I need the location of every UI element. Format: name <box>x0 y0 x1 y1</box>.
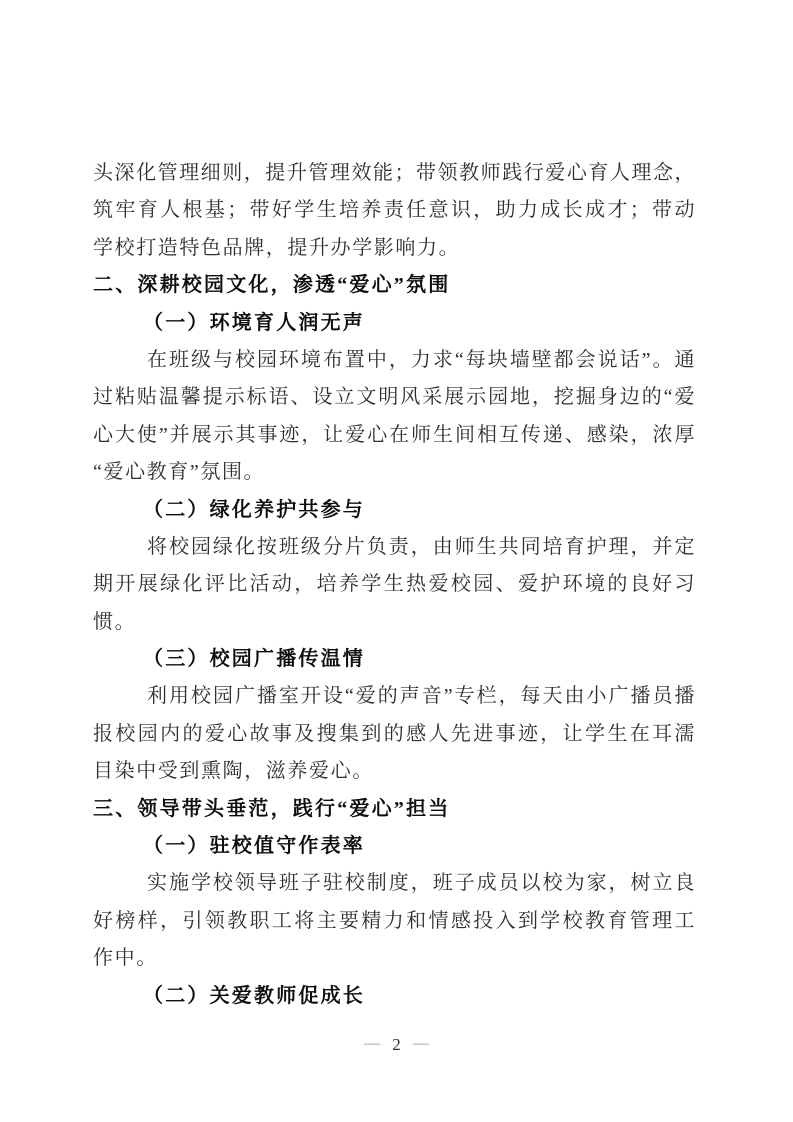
section-heading: 三、领导带头垂范，践行“爱心”担当 <box>93 791 695 828</box>
document-page: 头深化管理细则，提升管理效能；带领教师践行爱心育人理念，筑牢育人根基；带好学生培… <box>0 0 793 1122</box>
footer-dash-left: — <box>364 1035 380 1052</box>
section-heading: （二）绿化养护共参与 <box>93 492 695 529</box>
document-body: 头深化管理细则，提升管理效能；带领教师践行爱心育人理念，筑牢育人根基；带好学生培… <box>93 155 695 1015</box>
section-heading: 二、深耕校园文化，渗透“爱心”氛围 <box>93 267 695 304</box>
page-footer: —2— <box>0 1034 793 1057</box>
text-line: 报校园内的爱心故事及搜集到的感人先进事迹，让学生在耳濡 <box>93 716 695 753</box>
text-line: 头深化管理细则，提升管理效能；带领教师践行爱心育人理念， <box>93 155 695 192</box>
section-heading: （二）关爱教师促成长 <box>93 978 695 1015</box>
text-line: 过粘贴温馨提示标语、设立文明风采展示园地，挖掘身边的“爱 <box>93 379 695 416</box>
section-heading: （三）校园广播传温情 <box>93 641 695 678</box>
text-line: 学校打造特色品牌，提升办学影响力。 <box>93 230 695 267</box>
text-line: 好榜样，引领教职工将主要精力和情感投入到学校教育管理工 <box>93 903 695 940</box>
text-line: “爱心教育”氛围。 <box>93 454 695 491</box>
text-line: 将校园绿化按班级分片负责，由师生共同培育护理，并定 <box>93 529 695 566</box>
text-line: 筑牢育人根基；带好学生培养责任意识，助力成长成才；带动 <box>93 192 695 229</box>
section-heading: （一）环境育人润无声 <box>93 305 695 342</box>
text-line: 作中。 <box>93 940 695 977</box>
text-line: 利用校园广播室开设“爱的声音”专栏，每天由小广播员播 <box>93 678 695 715</box>
page-number: 2 <box>392 1035 401 1054</box>
footer-dash-right: — <box>413 1035 429 1052</box>
text-line: 实施学校领导班子驻校制度，班子成员以校为家，树立良 <box>93 865 695 902</box>
text-line: 目染中受到熏陶，滋养爱心。 <box>93 753 695 790</box>
text-line: 心大使”并展示其事迹，让爱心在师生间相互传递、感染，浓厚 <box>93 417 695 454</box>
text-line: 期开展绿化评比活动，培养学生热爱校园、爱护环境的良好习 <box>93 566 695 603</box>
text-line: 惯。 <box>93 604 695 641</box>
section-heading: （一）驻校值守作表率 <box>93 828 695 865</box>
text-line: 在班级与校园环境布置中，力求“每块墙壁都会说话”。通 <box>93 342 695 379</box>
